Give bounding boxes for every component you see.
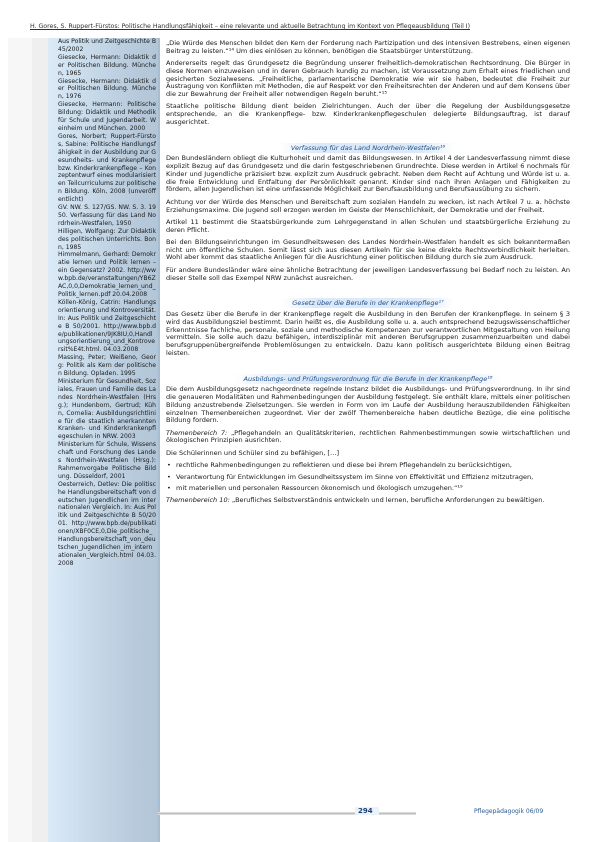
section-heading-krankenpflegegesetz: Gesetz über die Berufe in der Krankenpfl… xyxy=(166,300,570,308)
intro-paragraph: „Die Würde des Menschen bildet den Kern … xyxy=(166,40,570,56)
journal-name: Pflegepädagogik 06/09 xyxy=(474,808,543,815)
intro-paragraph: Andererseits regelt das Grundgesetz die … xyxy=(166,60,570,99)
reference-item: Hilligen, Wolfgang: Zur Didaktik des pol… xyxy=(58,228,156,252)
body-paragraph: Achtung vor der Würde des Menschen und B… xyxy=(166,199,570,215)
article-body: „Die Würde des Menschen bildet den Kern … xyxy=(166,40,570,509)
themenbereich-10: Themenbereich 10: „Berufliches Selbstver… xyxy=(166,497,570,505)
body-paragraph: Artikel 11 bestimmt die Staatsbürgerkund… xyxy=(166,219,570,235)
themenbereich-7-text: „Pflegehandeln an Qualitätskriterien, re… xyxy=(166,429,570,445)
reference-item: Massing, Peter; Weißeno, Georg: Politik … xyxy=(58,354,156,378)
intro-paragraph: Staatliche politische Bildung dient beid… xyxy=(166,103,570,126)
running-header: H. Gores, S. Ruppert-Fürstos: Politische… xyxy=(30,23,570,30)
list-item: mit materiellen und personalen Ressource… xyxy=(166,485,570,493)
page-number: 294 xyxy=(355,807,379,815)
reference-item: Ministerium für Schule, Wissenschaft und… xyxy=(58,441,156,481)
body-paragraph: Bei den Bildungseinrichtungen im Gesundh… xyxy=(166,239,570,262)
list-item: rechtliche Rahmenbedingungen zu reflekti… xyxy=(166,462,570,470)
reference-item: Himmelmann, Gerhard: Demokratie lernen u… xyxy=(58,251,156,298)
lead-in: Die Schülerinnen und Schüler sind zu bef… xyxy=(166,450,570,458)
section-heading-pruefungsverordnung: Ausbildungs- und Prüfungsverordnung für … xyxy=(166,376,570,384)
reference-item: Giesecke, Hermann: Didaktik der Politisc… xyxy=(58,54,156,78)
body-paragraph: Den Bundesländern obliegt die Kulturhohe… xyxy=(166,155,570,194)
references-sidebar: Aus Politik und Zeitgeschichte B45/2002 … xyxy=(8,38,160,842)
reference-item: Aus Politik und Zeitgeschichte B45/2002 xyxy=(58,38,156,54)
body-paragraph: Die dem Ausbildungsgesetz nachgeordnete … xyxy=(166,386,570,425)
list-item: Verantwortung für Entwicklungen im Gesun… xyxy=(166,474,570,482)
reference-item: Gores, Norbert; Ruppert-Fürstos, Sabine:… xyxy=(58,133,156,204)
themenbereich-7: Themenbereich 7: „Pflegehandeln an Quali… xyxy=(166,430,570,446)
body-paragraph: Das Gesetz über die Berufe in der Kranke… xyxy=(166,311,570,358)
reference-item: Oesterreich, Detlev: Die politische Hand… xyxy=(58,481,156,568)
section-heading-landesverfassung: Verfassung für das Land Nordrhein-Westfa… xyxy=(166,145,570,153)
themenbereich-10-label: Themenbereich 10: xyxy=(166,496,230,504)
reference-item: GV. NW. S. 127/GS. NW. S. 3. 1950. Verfa… xyxy=(58,204,156,228)
body-paragraph: Für andere Bundesländer wäre eine ähnlic… xyxy=(166,267,570,283)
reference-list: Aus Politik und Zeitgeschichte B45/2002 … xyxy=(58,38,156,568)
reference-item: Ministerium für Gesundheit, Soziales, Fr… xyxy=(58,378,156,441)
reference-item: Giesecke, Hermann: Politische Bildung: D… xyxy=(58,101,156,133)
reference-item: Köllen-König, Catrin: Handlungsorientier… xyxy=(58,299,156,354)
reference-item: Giesecke, Hermann: Didaktik der Politisc… xyxy=(58,78,156,102)
themenbereich-10-text: „Berufliches Selbstverständnis entwickel… xyxy=(230,496,545,504)
competency-list: rechtliche Rahmenbedingungen zu reflekti… xyxy=(166,462,570,493)
